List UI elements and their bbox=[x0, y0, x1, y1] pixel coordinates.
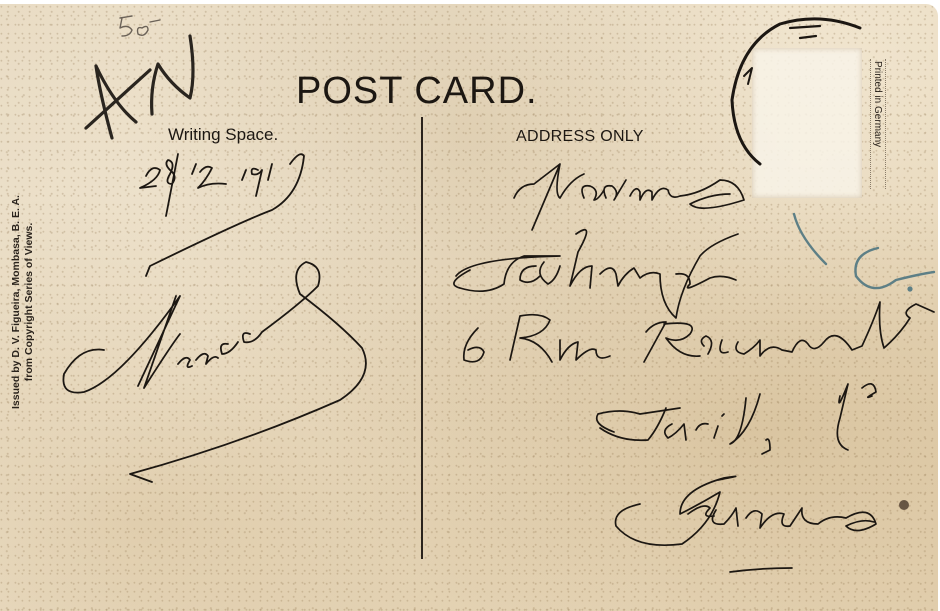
postcard-back: POST CARD. Writing Space. ADDRESS ONLY I… bbox=[0, 4, 938, 611]
date-handwriting bbox=[140, 154, 304, 276]
address-line-country bbox=[616, 476, 877, 572]
blue-mark: 6. bbox=[0, 4, 1, 5]
address-line-madame bbox=[514, 164, 744, 230]
signature-marcel bbox=[63, 262, 365, 482]
handwriting-layer bbox=[0, 4, 938, 611]
initials-AN bbox=[86, 36, 193, 138]
address-line-city bbox=[597, 384, 876, 454]
postmark bbox=[732, 19, 860, 164]
address-line-street bbox=[464, 302, 934, 362]
pencil-number-50 bbox=[120, 16, 160, 36]
blue-pencil-mark bbox=[794, 214, 934, 290]
address-line-deshayes bbox=[454, 230, 738, 318]
ink-spot bbox=[899, 500, 909, 510]
